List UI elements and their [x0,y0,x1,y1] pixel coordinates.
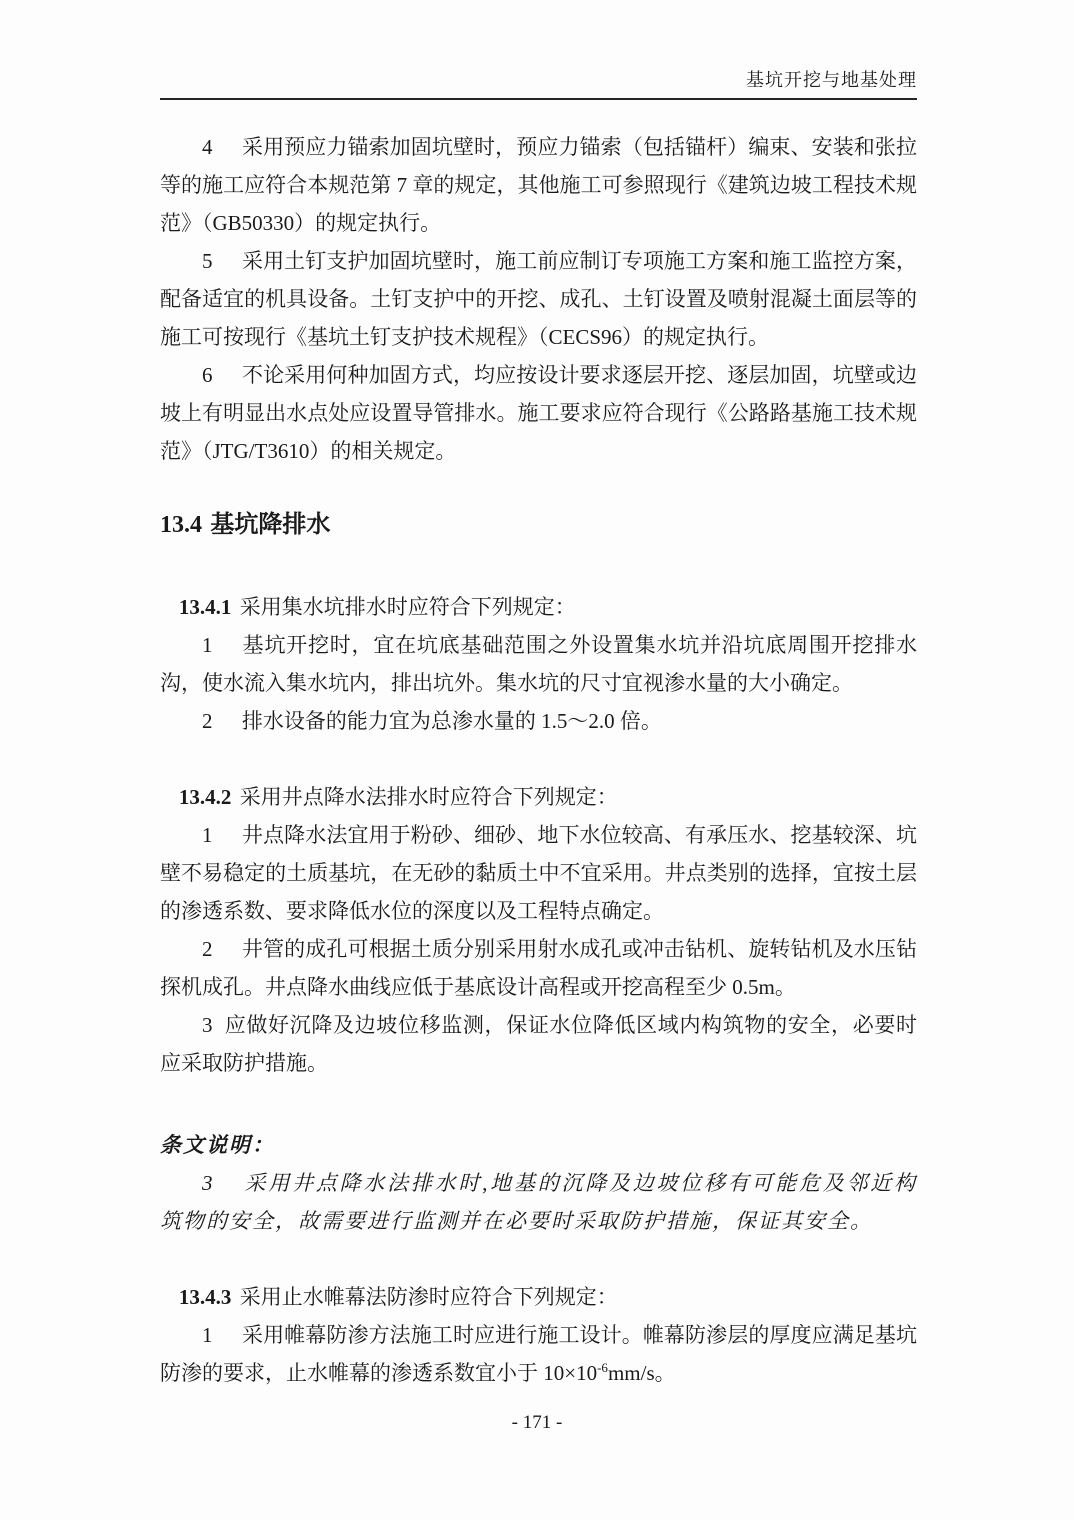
item-number: 3 [202,1171,215,1195]
paragraph-4-text: 采用预应力锚索加固坑壁时，预应力锚索（包括锚杆）编束、安装和张拉等的施工应符合本… [160,135,917,235]
item-number: 2 [202,937,213,961]
item-text: 应做好沉降及边坡位移监测，保证水位降低区域内构筑物的安全，必要时应采取防护措施。 [160,1013,917,1075]
clause-13-4-2-item-1: 1井点降水法宜用于粉砂、细砂、地下水位较高、有承压水、挖基较深、坑壁不易稳定的土… [160,816,917,930]
paragraph-4: 4采用预应力锚索加固坑壁时，预应力锚索（包括锚杆）编束、安装和张拉等的施工应符合… [160,128,917,242]
clause-heading-13-4-3: 13.4.3采用止水帷幕法防渗时应符合下列规定： [160,1278,917,1316]
section-number: 13.4 [160,512,202,538]
clause-13-4-2-item-3: 3应做好沉降及边坡位移监测，保证水位降低区域内构筑物的安全，必要时应采取防护措施… [160,1006,917,1082]
item-text: 井点降水法宜用于粉砂、细砂、地下水位较高、有承压水、挖基较深、坑壁不易稳定的土质… [160,823,917,923]
clause-heading-13-4-1: 13.4.1采用集水坑排水时应符合下列规定： [160,588,917,626]
item-text: 排水设备的能力宜为总渗水量的 1.5～2.0 倍。 [242,709,662,733]
clause-title: 采用集水坑排水时应符合下列规定： [240,595,576,619]
item-text: 基坑开挖时，宜在坑底基础范围之外设置集水坑并沿坑底周围开挖排水沟，使水流入集水坑… [160,633,917,695]
page-number: - 171 - [512,1412,563,1433]
clause-title: 采用井点降水法排水时应符合下列规定： [240,785,618,809]
clause-title: 采用止水帷幕法防渗时应符合下列规定： [240,1285,618,1309]
commentary-item: 3采用井点降水法排水时,地基的沉降及边坡位移有可能危及邻近构筑物的安全，故需要进… [160,1164,917,1240]
clause-13-4-1-item-2: 2排水设备的能力宜为总渗水量的 1.5～2.0 倍。 [160,702,917,740]
section-title: 基坑降排水 [210,512,330,538]
item-number: 1 [202,633,213,657]
clause-heading-13-4-2: 13.4.2采用井点降水法排水时应符合下列规定： [160,778,917,816]
document-page: 基坑开挖与地基处理 4采用预应力锚索加固坑壁时，预应力锚索（包括锚杆）编束、安装… [0,0,1074,1520]
paragraph-6-number: 6 [202,363,213,387]
page-content: 4采用预应力锚索加固坑壁时，预应力锚索（包括锚杆）编束、安装和张拉等的施工应符合… [160,128,917,1392]
page-header: 基坑开挖与地基处理 [160,0,917,92]
item-number: 1 [202,1323,213,1347]
paragraph-6: 6不论采用何种加固方式，均应按设计要求逐层开挖、逐层加固，坑壁或边坡上有明显出水… [160,356,917,470]
paragraph-4-number: 4 [202,135,213,159]
page-footer: - 171 - [0,1412,1074,1434]
paragraph-5-number: 5 [202,249,213,273]
header-title: 基坑开挖与地基处理 [746,70,917,90]
clause-number: 13.4.2 [179,785,232,809]
header-rule [160,98,917,100]
paragraph-6-text: 不论采用何种加固方式，均应按设计要求逐层开挖、逐层加固，坑壁或边坡上有明显出水点… [160,363,917,463]
commentary-label: 条文说明： [160,1126,917,1164]
superscript-exponent: -6 [597,1360,608,1375]
clause-number: 13.4.3 [179,1285,232,1309]
item-text: 井管的成孔可根据土质分别采用射水成孔或冲击钻机、旋转钻机及水压钻探机成孔。井点降… [160,937,917,999]
item-number: 2 [202,709,213,733]
item-text-a: 采用帷幕防渗方法施工时应进行施工设计。帷幕防渗层的厚度应满足基坑防渗的要求，止水… [160,1323,917,1385]
commentary-text: 采用井点降水法排水时,地基的沉降及边坡位移有可能危及邻近构筑物的安全，故需要进行… [160,1171,917,1233]
paragraph-5-text: 采用土钉支护加固坑壁时，施工前应制订专项施工方案和施工监控方案，配备适宜的机具设… [160,249,917,349]
clause-13-4-1-item-1: 1基坑开挖时，宜在坑底基础范围之外设置集水坑并沿坑底周围开挖排水沟，使水流入集水… [160,626,917,702]
item-number: 3 [202,1013,213,1037]
paragraph-5: 5采用土钉支护加固坑壁时，施工前应制订专项施工方案和施工监控方案，配备适宜的机具… [160,242,917,356]
section-heading-13-4: 13.4基坑降排水 [160,506,917,544]
clause-13-4-3-item-1: 1采用帷幕防渗方法施工时应进行施工设计。帷幕防渗层的厚度应满足基坑防渗的要求，止… [160,1316,917,1392]
item-text-b: mm/s。 [608,1361,676,1385]
item-number: 1 [202,823,213,847]
clause-number: 13.4.1 [179,595,232,619]
clause-13-4-2-item-2: 2井管的成孔可根据土质分别采用射水成孔或冲击钻机、旋转钻机及水压钻探机成孔。井点… [160,930,917,1006]
